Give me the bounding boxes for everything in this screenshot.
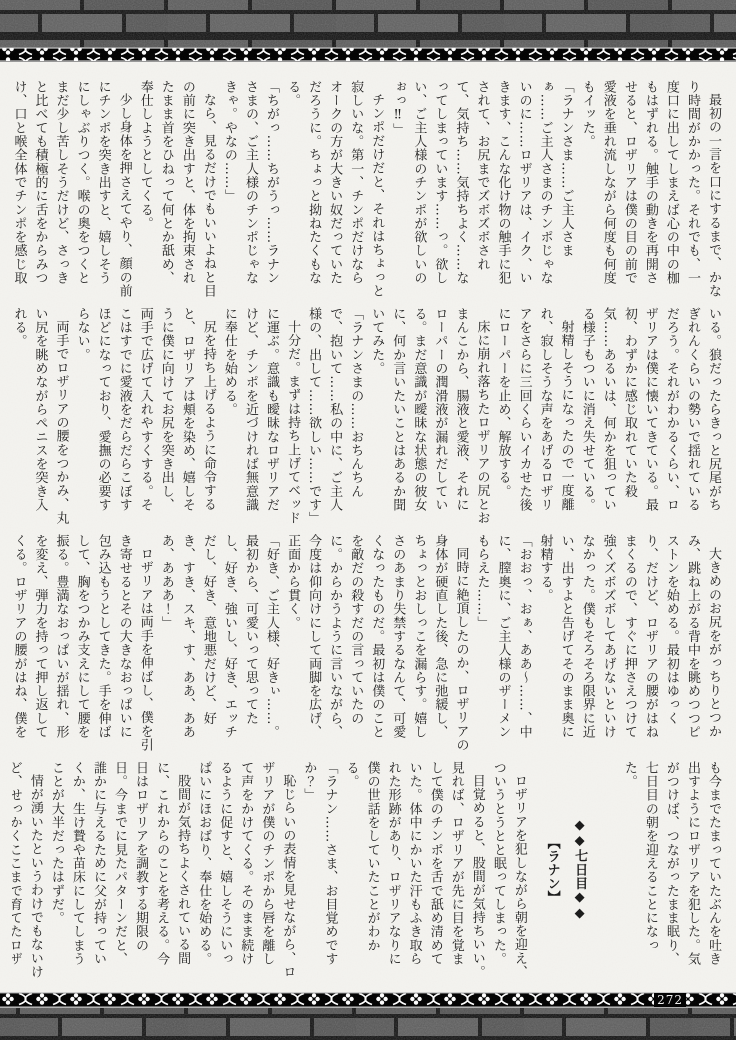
top-border: [0, 0, 736, 62]
paragraph: 「ラナン……さま、お目覚めですか？」: [298, 761, 340, 979]
paragraph: 「ちがっ……ちがうっ……ラナンさまの、ご主人様のチンポじゃなきゃ。やなの……」: [219, 80, 282, 298]
paragraph: 恥じらいの表情を見せながら、ロザリアが僕のチンポから唇を離して声をかけてくる。そ…: [193, 761, 298, 979]
page-number: 272: [654, 993, 686, 1007]
paragraph: 「好き、ご主人様、好きぃ……。最初から、可愛いって思ってたし、好き、強いし、好き…: [156, 534, 282, 752]
pov-label: 【ラナン】: [542, 761, 563, 979]
paragraph: 床に崩れ落ちたロザリアの尻とおまんこから、腸液と愛液、それにローパーの潤滑液が漏…: [366, 307, 492, 525]
paragraph: も今までたまっていたぶんを吐き出すようにロザリアを犯した。気がつけば、つながった…: [619, 761, 724, 979]
book-page: 最初の一言を口にするまで、かなり時間がかかった。それでも、一度口に出してしまえば…: [0, 0, 736, 1040]
paragraph: 目覚めると、股間が気持ちいい。見れば、ロザリアが先に目を覚まして僕のチンポを舌で…: [340, 761, 487, 979]
paragraph: 射精しそうになったので一度離れ、寂しそうな声をあげるロザリアをさらに三回くらいイ…: [492, 307, 576, 525]
paragraph: ロザリアは両手を伸ばし、僕を引き寄せるとその大きなおっぱいに包み込もうとしてきた…: [12, 534, 156, 752]
brick-texture-top: [0, 0, 736, 62]
floral-ornament-bottom: [0, 994, 736, 1007]
brick-texture-bottom: [0, 992, 736, 1040]
paragraph: 少し身体を押さえてやり、顔の前にチンポを突き出すと、嬉しそうにしゃぶりつく。喉の…: [12, 80, 135, 298]
paragraph: 「ラナンさま……ご主人さまぁ……ご主人さまのチンポじゃないのに……ロザリアは、イ…: [387, 80, 576, 298]
text-bands: 最初の一言を口にするまで、かなり時間がかかった。それでも、一度口に出してしまえば…: [12, 62, 724, 992]
paragraph: 尻を持ち上げるように命令すると、ロザリアは頬を染め、嬉しそうに僕に向けてお尻を突…: [72, 307, 219, 525]
paragraph: 大きめのお尻をがっちりとつかみ、跳ね上がる背中を眺めつつピストンを始める。最初は…: [535, 534, 724, 752]
text-band-2: いる。狼だったらきっと尻尾がちぎれんくらいの勢いで揺れているだろう。それがわかる…: [12, 307, 724, 525]
paragraph: 「おおっ、おぁ、ああ〜……、中に、膣奥に、ご主人様のザーメンもらえた……」: [471, 534, 534, 752]
paragraph: 「ラナンさまの……おちんちんで、抱いて……私の中に、ご主人様の、出して……欲しい…: [303, 307, 366, 525]
paragraph: 十分だ。まずは持ち上げてベッドに運ぶ。意識も曖昧なロザリアだけど、チンポを近づけ…: [219, 307, 303, 525]
floral-ornament-top: [0, 48, 736, 61]
section-heading: ◆◆七日目◆◆: [569, 761, 590, 979]
text-band-4: も今までたまっていたぶんを吐き出すようにロザリアを犯した。気がつけば、つながった…: [12, 761, 724, 979]
paragraph: 最初の一言を口にするまで、かなり時間がかかった。それでも、一度口に出してしまえば…: [577, 80, 724, 298]
paragraph: 両手でロザリアの腰をつかみ、丸い尻を眺めながらペニスを突き入れる。: [12, 307, 72, 525]
paragraph: なら、見るだけでもいいよねと目の前に突き出すと、体を拘束されたまま首をひねって何…: [135, 80, 219, 298]
paragraph: 同時に絶頂したのか、ロザリアの身体が硬直した後、急に弛緩し、ちょっとおしっこを漏…: [282, 534, 471, 752]
paragraph: チンポだけだと、それはちょっと寂しいな。第一、チンポだけならオークの方が大きい奴…: [282, 80, 387, 298]
paragraph: いる。狼だったらきっと尻尾がちぎれんくらいの勢いで揺れているだろう。それがわかる…: [577, 307, 724, 525]
paragraph: 情が湧いたというわけでもないけど、せっかくここまで育てたロザリアを手放すのはちょ…: [12, 761, 46, 979]
text-band-3: 大きめのお尻をがっちりとつかみ、跳ね上がる背中を眺めつつピストンを始める。最初は…: [12, 534, 724, 752]
bottom-border: 272: [0, 992, 736, 1040]
paragraph: ロザリアを犯しながら朝を迎え、ついうとうとと眠ってしまった。: [488, 761, 530, 979]
paragraph: 股間が気持ちよくされている間に、これからのことを考える。今日はロザリアを調教する…: [46, 761, 193, 979]
text-band-1: 最初の一言を口にするまで、かなり時間がかかった。それでも、一度口に出してしまえば…: [12, 80, 724, 298]
